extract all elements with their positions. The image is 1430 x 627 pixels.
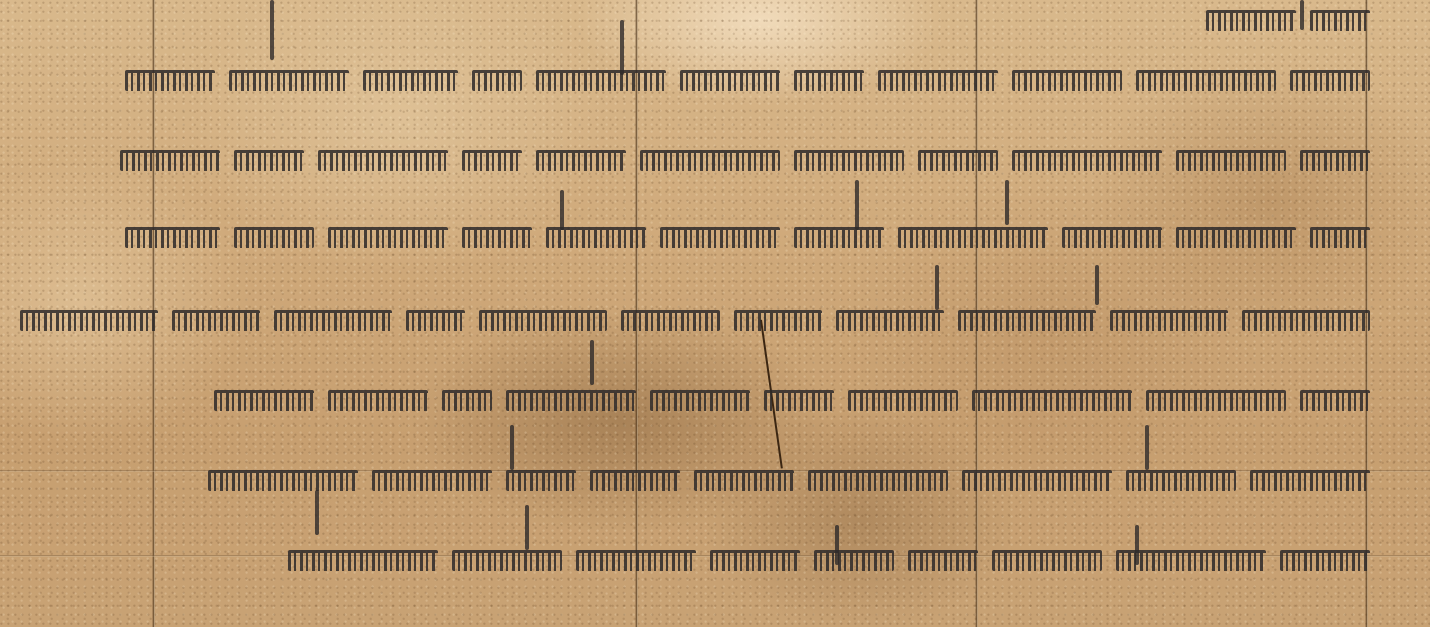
handwritten-word xyxy=(898,227,1048,248)
ink-ascender-stroke xyxy=(560,190,564,230)
handwritten-word xyxy=(274,310,392,331)
handwritten-word xyxy=(794,227,884,248)
handwritten-word xyxy=(1136,70,1276,91)
handwritten-word xyxy=(318,150,448,171)
ink-ascender-stroke xyxy=(315,490,319,535)
handwritten-word xyxy=(640,150,780,171)
handwritten-word xyxy=(452,550,562,571)
handwritten-word xyxy=(660,227,780,248)
handwritten-word xyxy=(836,310,944,331)
handwritten-word xyxy=(172,310,261,331)
handwritten-word xyxy=(234,227,314,248)
handwritten-word xyxy=(1242,310,1370,331)
ink-ascender-stroke xyxy=(620,20,624,75)
handwritten-word xyxy=(1126,470,1236,491)
handwritten-word xyxy=(1062,227,1162,248)
ink-ascender-stroke xyxy=(1095,265,1099,305)
handwritten-word xyxy=(234,150,304,171)
handwritten-word xyxy=(794,150,904,171)
handwritten-word xyxy=(1300,390,1370,411)
handwritten-word xyxy=(442,390,492,411)
handwritten-word xyxy=(710,550,800,571)
ink-ascender-stroke xyxy=(1005,180,1009,225)
handwritten-word xyxy=(972,390,1132,411)
handwritten-word xyxy=(328,390,428,411)
handwritten-word xyxy=(1206,10,1296,31)
ink-ascender-stroke xyxy=(835,525,839,565)
handwritten-word xyxy=(20,310,158,331)
handwritten-word xyxy=(288,550,438,571)
handwritten-word xyxy=(734,310,823,331)
ink-ascender-stroke xyxy=(1135,525,1139,565)
ink-ascender-stroke xyxy=(525,505,529,550)
handwritten-word xyxy=(406,310,465,331)
script-line xyxy=(95,65,1370,95)
handwritten-word xyxy=(472,70,522,91)
handwritten-word xyxy=(1250,470,1370,491)
script-line xyxy=(95,222,1370,252)
handwritten-word xyxy=(814,550,894,571)
handwritten-word xyxy=(506,470,576,491)
handwritten-word xyxy=(328,227,448,248)
handwritten-word xyxy=(363,70,458,91)
handwritten-word xyxy=(590,470,680,491)
script-line xyxy=(120,145,1370,175)
handwritten-word xyxy=(848,390,958,411)
handwritten-word xyxy=(576,550,696,571)
ink-ascender-stroke xyxy=(935,265,939,310)
script-line xyxy=(210,545,1370,575)
ink-ascender-stroke xyxy=(855,180,859,230)
handwritten-word xyxy=(1012,70,1122,91)
handwritten-word xyxy=(229,70,349,91)
handwritten-word xyxy=(650,390,750,411)
ink-ascender-stroke xyxy=(270,0,274,60)
handwritten-word xyxy=(120,150,220,171)
handwritten-word xyxy=(680,70,780,91)
ink-ascender-stroke xyxy=(510,425,514,470)
handwritten-word xyxy=(621,310,719,331)
handwritten-word xyxy=(962,470,1112,491)
handwritten-word xyxy=(1012,150,1162,171)
parchment-photo xyxy=(0,0,1430,627)
handwritten-word xyxy=(506,390,636,411)
handwritten-word xyxy=(878,70,998,91)
handwritten-word xyxy=(1146,390,1286,411)
ink-ascender-stroke xyxy=(1145,425,1149,470)
handwritten-word xyxy=(1310,10,1370,31)
ink-ascender-stroke xyxy=(590,340,594,385)
handwritten-word xyxy=(1300,150,1370,171)
handwritten-word xyxy=(125,227,220,248)
handwritten-word xyxy=(958,310,1096,331)
handwritten-word xyxy=(1290,70,1370,91)
handwritten-word xyxy=(908,550,978,571)
handwritten-word xyxy=(479,310,607,331)
handwritten-word xyxy=(992,550,1102,571)
handwritten-word xyxy=(462,227,532,248)
handwritten-word xyxy=(1310,227,1370,248)
handwritten-word xyxy=(1280,550,1370,571)
handwritten-word xyxy=(764,390,834,411)
handwritten-word xyxy=(918,150,998,171)
handwritten-word xyxy=(694,470,794,491)
handwritten-word xyxy=(1110,310,1228,331)
handwritten-word xyxy=(462,150,522,171)
handwritten-word xyxy=(208,470,358,491)
handwritten-word xyxy=(1176,227,1296,248)
handwritten-word xyxy=(1176,150,1286,171)
handwritten-word xyxy=(125,70,215,91)
handwritten-word xyxy=(536,150,626,171)
script-line xyxy=(140,385,1370,415)
handwritten-word xyxy=(808,470,948,491)
handwritten-word xyxy=(214,390,314,411)
handwritten-word xyxy=(794,70,864,91)
script-line xyxy=(1180,5,1370,35)
ink-ascender-stroke xyxy=(1300,0,1304,30)
script-line xyxy=(20,305,1370,335)
handwritten-word xyxy=(536,70,666,91)
handwritten-word xyxy=(372,470,492,491)
script-line xyxy=(110,465,1370,495)
